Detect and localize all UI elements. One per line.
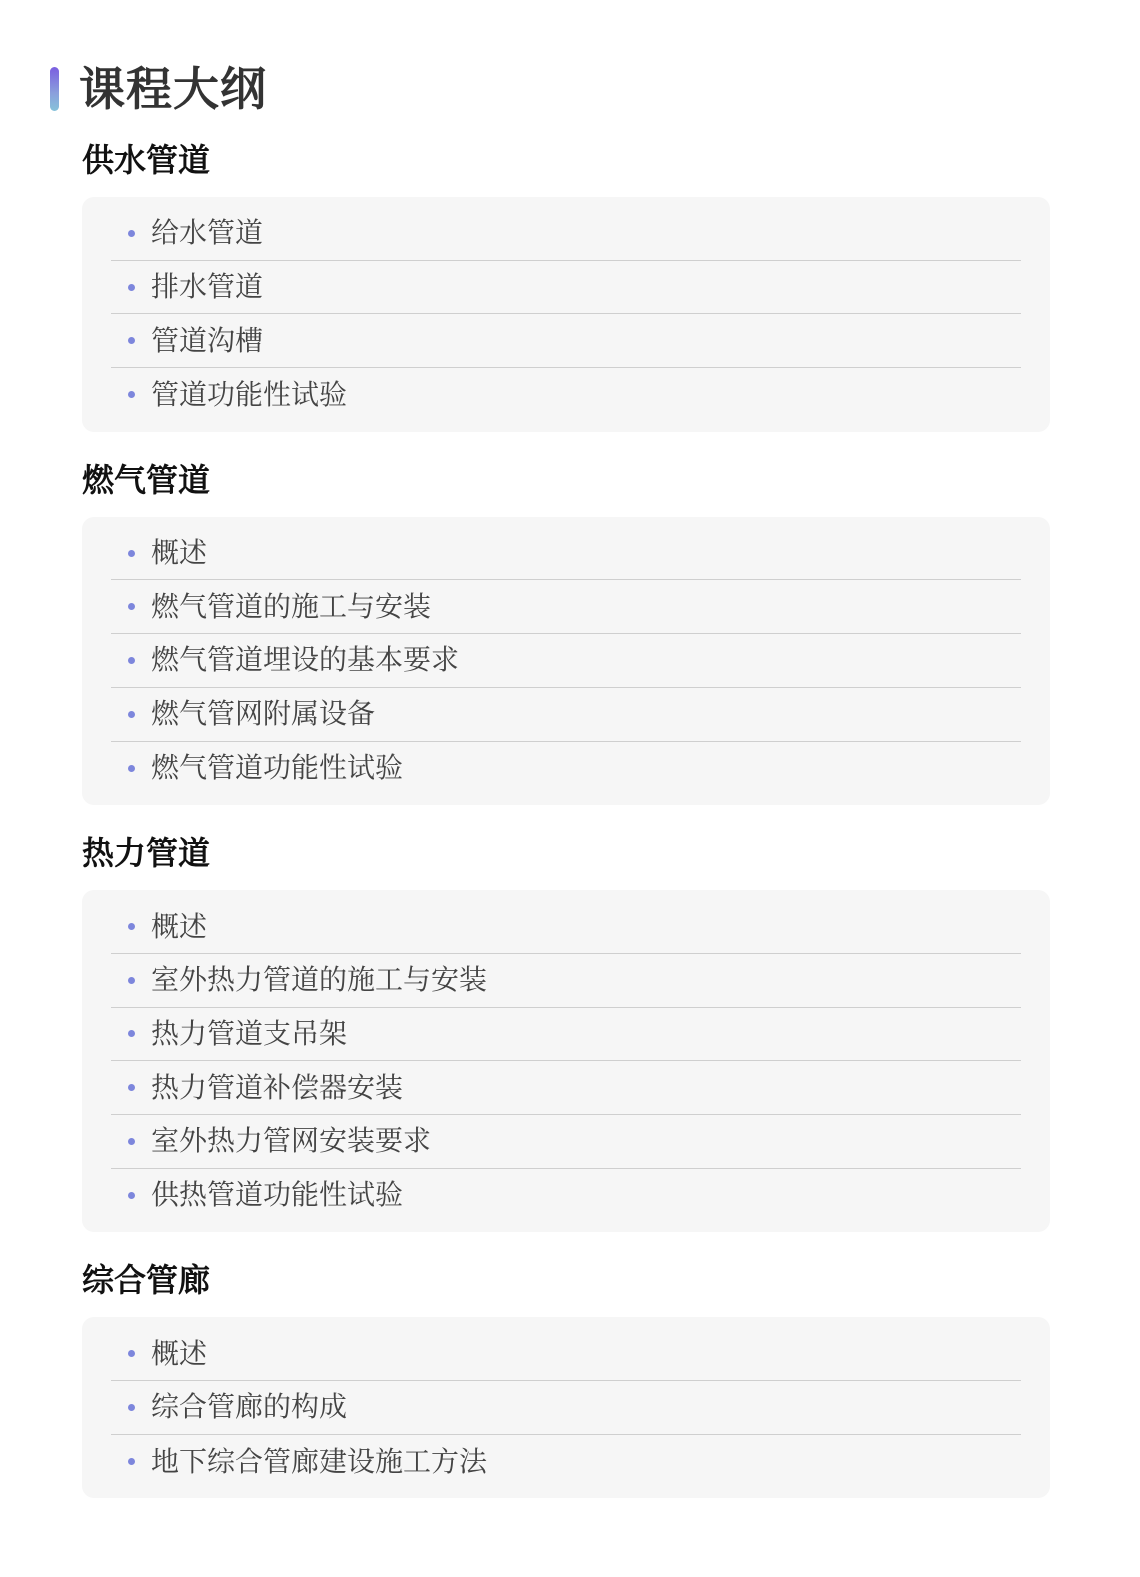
section-water-supply: 供水管道 给水管道 排水管道 管道沟槽 管道功能性试验 (82, 134, 1050, 432)
list-item[interactable]: 管道沟槽 (111, 314, 1021, 368)
section-gas: 燃气管道 概述 燃气管道的施工与安装 燃气管道埋设的基本要求 燃气管网附属设备 … (82, 454, 1050, 805)
list-item[interactable]: 概述 (111, 900, 1021, 954)
bullet-dot-icon (128, 391, 135, 398)
list-item[interactable]: 排水管道 (111, 261, 1021, 315)
list-item-label: 燃气管网附属设备 (151, 700, 375, 728)
list-item-label: 热力管道支吊架 (151, 1020, 347, 1048)
section-card: 给水管道 排水管道 管道沟槽 管道功能性试验 (82, 197, 1050, 432)
section-heading: 热力管道 (82, 827, 1050, 879)
list-item-label: 供热管道功能性试验 (151, 1181, 403, 1209)
bullet-dot-icon (128, 977, 135, 984)
bullet-dot-icon (128, 603, 135, 610)
bullet-dot-icon (128, 1192, 135, 1199)
list-item-label: 地下综合管廊建设施工方法 (151, 1448, 487, 1476)
list-item-label: 室外热力管道的施工与安装 (151, 966, 487, 994)
section-heading: 燃气管道 (82, 454, 1050, 506)
bullet-dot-icon (128, 337, 135, 344)
list-item-label: 概述 (151, 539, 207, 567)
section-heading: 综合管廊 (82, 1254, 1050, 1306)
bullet-dot-icon (128, 1084, 135, 1091)
bullet-dot-icon (128, 711, 135, 718)
list-item-label: 管道功能性试验 (151, 381, 347, 409)
list-item[interactable]: 燃气管道的施工与安装 (111, 580, 1021, 634)
bullet-dot-icon (128, 657, 135, 664)
list-item[interactable]: 燃气管网附属设备 (111, 688, 1021, 742)
list-item[interactable]: 管道功能性试验 (111, 368, 1021, 422)
list-item[interactable]: 概述 (111, 1327, 1021, 1381)
list-item-label: 热力管道补偿器安装 (151, 1074, 403, 1102)
list-item-label: 概述 (151, 1340, 207, 1368)
bullet-dot-icon (128, 1458, 135, 1465)
section-card: 概述 综合管廊的构成 地下综合管廊建设施工方法 (82, 1317, 1050, 1498)
section-utility-tunnel: 综合管廊 概述 综合管廊的构成 地下综合管廊建设施工方法 (82, 1254, 1050, 1498)
list-item-label: 给水管道 (151, 219, 263, 247)
title-accent-bar (50, 67, 59, 111)
page-header: 课程大纲 (50, 62, 267, 116)
bullet-dot-icon (128, 1350, 135, 1357)
list-item[interactable]: 热力管道补偿器安装 (111, 1061, 1021, 1115)
list-item[interactable]: 室外热力管道的施工与安装 (111, 954, 1021, 1008)
bullet-dot-icon (128, 1404, 135, 1411)
list-item[interactable]: 供热管道功能性试验 (111, 1169, 1021, 1223)
list-item[interactable]: 燃气管道埋设的基本要求 (111, 634, 1021, 688)
list-item[interactable]: 燃气管道功能性试验 (111, 742, 1021, 796)
bullet-dot-icon (128, 923, 135, 930)
list-item[interactable]: 综合管廊的构成 (111, 1381, 1021, 1435)
course-outline: 供水管道 给水管道 排水管道 管道沟槽 管道功能性试验 燃气管道 概述 燃气管道… (82, 134, 1050, 1498)
bullet-dot-icon (128, 550, 135, 557)
section-heading: 供水管道 (82, 134, 1050, 186)
bullet-dot-icon (128, 1030, 135, 1037)
list-item-label: 管道沟槽 (151, 327, 263, 355)
list-item-label: 燃气管道的施工与安装 (151, 593, 431, 621)
section-card: 概述 燃气管道的施工与安装 燃气管道埋设的基本要求 燃气管网附属设备 燃气管道功… (82, 517, 1050, 805)
list-item[interactable]: 室外热力管网安装要求 (111, 1115, 1021, 1169)
bullet-dot-icon (128, 230, 135, 237)
list-item-label: 燃气管道埋设的基本要求 (151, 646, 459, 674)
section-heating: 热力管道 概述 室外热力管道的施工与安装 热力管道支吊架 热力管道补偿器安装 室… (82, 827, 1050, 1232)
bullet-dot-icon (128, 1138, 135, 1145)
list-item-label: 燃气管道功能性试验 (151, 754, 403, 782)
list-item[interactable]: 地下综合管廊建设施工方法 (111, 1435, 1021, 1489)
section-card: 概述 室外热力管道的施工与安装 热力管道支吊架 热力管道补偿器安装 室外热力管网… (82, 890, 1050, 1232)
bullet-dot-icon (128, 284, 135, 291)
list-item-label: 室外热力管网安装要求 (151, 1127, 431, 1155)
list-item[interactable]: 热力管道支吊架 (111, 1008, 1021, 1062)
list-item-label: 综合管廊的构成 (151, 1393, 347, 1421)
list-item[interactable]: 给水管道 (111, 207, 1021, 261)
list-item-label: 概述 (151, 913, 207, 941)
bullet-dot-icon (128, 765, 135, 772)
list-item-label: 排水管道 (151, 273, 263, 301)
page-title: 课程大纲 (79, 62, 267, 116)
list-item[interactable]: 概述 (111, 527, 1021, 581)
